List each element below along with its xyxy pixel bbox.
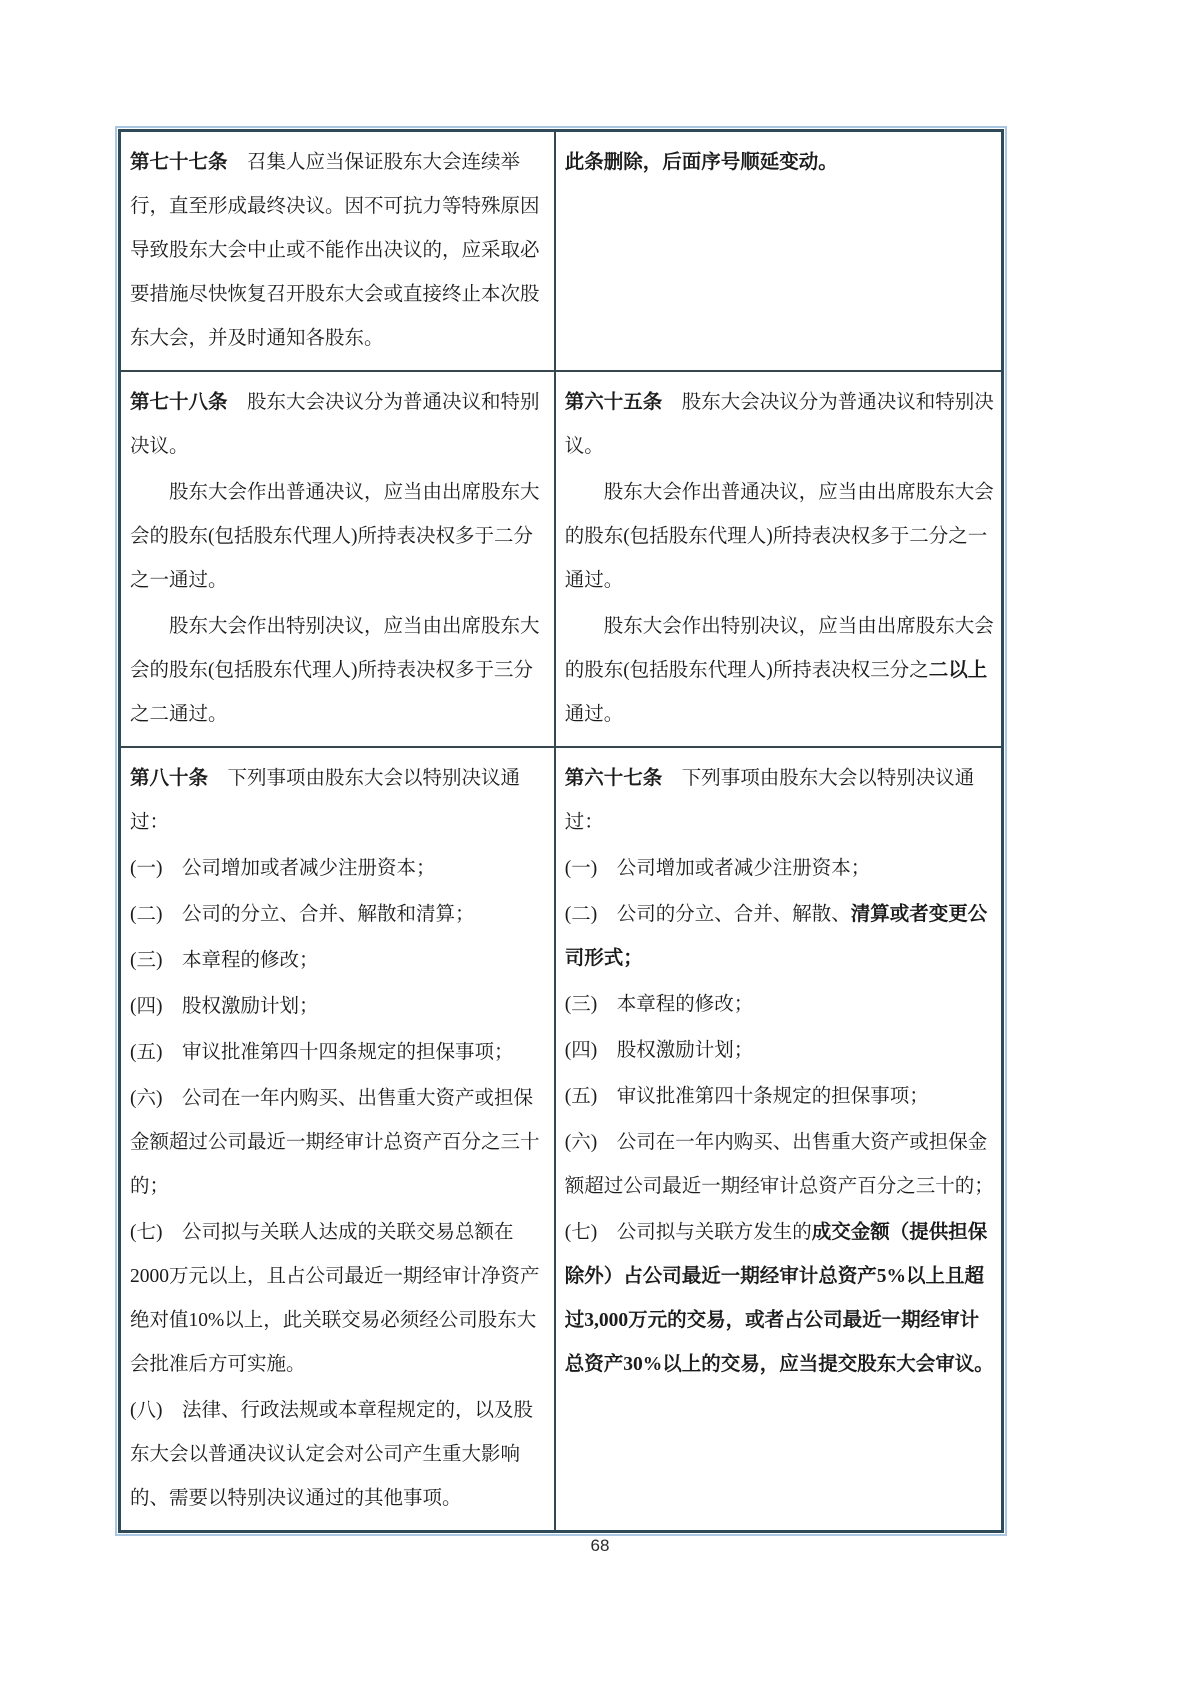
table-row: 第八十条 下列事项由股东大会以特别决议通过：(一) 公司增加或者减少注册资本；(…	[121, 748, 1001, 1530]
paragraph: (二) 公司的分立、合并、解散、清算或者变更公司形式；	[565, 893, 996, 981]
paragraph: 第七十八条 股东大会决议分为普通决议和特别决议。	[130, 381, 549, 469]
paragraph: (三) 本章程的修改；	[130, 939, 549, 983]
table-cell-left: 第八十条 下列事项由股东大会以特别决议通过：(一) 公司增加或者减少注册资本；(…	[121, 748, 556, 1530]
paragraph: 第六十七条 下列事项由股东大会以特别决议通过：	[565, 757, 996, 845]
paragraph: (一) 公司增加或者减少注册资本；	[565, 847, 996, 891]
paragraph: (七) 公司拟与关联方发生的成交金额（提供担保除外）占公司最近一期经审计总资产5…	[565, 1211, 996, 1387]
table-frame: 第七十七条 召集人应当保证股东大会连续举行，直至形成最终决议。因不可抗力等特殊原…	[115, 126, 1007, 1536]
paragraph: (八) 法律、行政法规或本章程规定的，以及股东大会以普通决议认定会对公司产生重大…	[130, 1389, 549, 1521]
paragraph: (六) 公司在一年内购买、出售重大资产或担保金额超过公司最近一期经审计总资产百分…	[565, 1121, 996, 1209]
page-number: 68	[0, 1536, 1200, 1556]
paragraph: (三) 本章程的修改；	[565, 983, 996, 1027]
paragraph: (五) 审议批准第四十四条规定的担保事项；	[130, 1031, 549, 1075]
paragraph: (一) 公司增加或者减少注册资本；	[130, 847, 549, 891]
paragraph: 股东大会作出普通决议，应当由出席股东大会的股东(包括股东代理人)所持表决权多于二…	[130, 471, 549, 603]
table-cell-right: 第六十五条 股东大会决议分为普通决议和特别决议。股东大会作出普通决议，应当由出席…	[556, 372, 1001, 746]
paragraph: (四) 股权激励计划；	[130, 985, 549, 1029]
paragraph: 股东大会作出普通决议，应当由出席股东大会的股东(包括股东代理人)所持表决权多于二…	[565, 471, 996, 603]
table-cell-right: 第六十七条 下列事项由股东大会以特别决议通过：(一) 公司增加或者减少注册资本；…	[556, 748, 1001, 1530]
paragraph: 股东大会作出特别决议，应当由出席股东大会的股东(包括股东代理人)所持表决权三分之…	[565, 605, 996, 737]
paragraph: (七) 公司拟与关联人达成的关联交易总额在2000万元以上，且占公司最近一期经审…	[130, 1211, 549, 1387]
paragraph: 第六十五条 股东大会决议分为普通决议和特别决议。	[565, 381, 996, 469]
paragraph: (五) 审议批准第四十条规定的担保事项；	[565, 1075, 996, 1119]
paragraph: 股东大会作出特别决议，应当由出席股东大会的股东(包括股东代理人)所持表决权多于三…	[130, 605, 549, 737]
table-row: 第七十七条 召集人应当保证股东大会连续举行，直至形成最终决议。因不可抗力等特殊原…	[121, 132, 1001, 372]
paragraph: 此条删除，后面序号顺延变动。	[565, 141, 996, 185]
table-cell-left: 第七十八条 股东大会决议分为普通决议和特别决议。股东大会作出普通决议，应当由出席…	[121, 372, 556, 746]
table-row: 第七十八条 股东大会决议分为普通决议和特别决议。股东大会作出普通决议，应当由出席…	[121, 372, 1001, 748]
paragraph: 第七十七条 召集人应当保证股东大会连续举行，直至形成最终决议。因不可抗力等特殊原…	[130, 141, 549, 361]
comparison-table: 第七十七条 召集人应当保证股东大会连续举行，直至形成最终决议。因不可抗力等特殊原…	[118, 129, 1004, 1533]
paragraph: 第八十条 下列事项由股东大会以特别决议通过：	[130, 757, 549, 845]
paragraph: (二) 公司的分立、合并、解散和清算；	[130, 893, 549, 937]
paragraph: (六) 公司在一年内购买、出售重大资产或担保金额超过公司最近一期经审计总资产百分…	[130, 1077, 549, 1209]
table-cell-right: 此条删除，后面序号顺延变动。	[556, 132, 1001, 370]
paragraph: (四) 股权激励计划；	[565, 1029, 996, 1073]
table-cell-left: 第七十七条 召集人应当保证股东大会连续举行，直至形成最终决议。因不可抗力等特殊原…	[121, 132, 556, 370]
